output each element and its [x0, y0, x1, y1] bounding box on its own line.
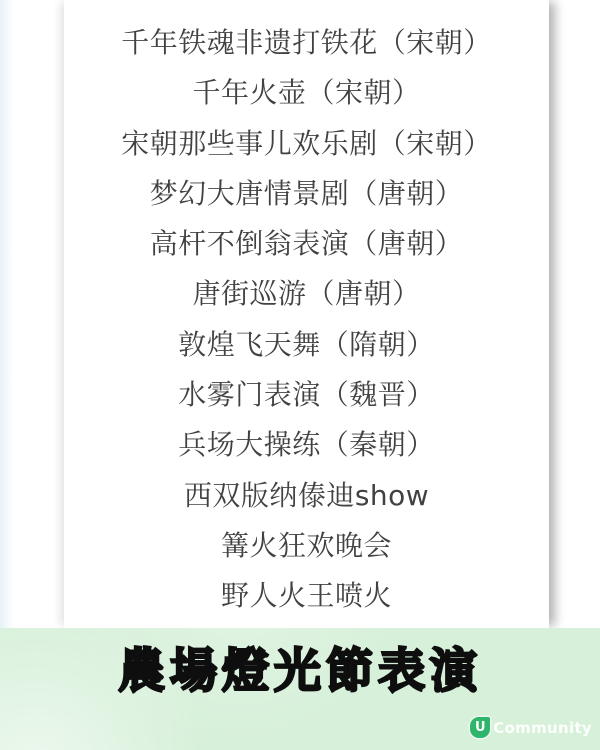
list-item: 兵场大操练（秦朝） [64, 420, 549, 470]
list-item: 敦煌飞天舞（隋朝） [64, 320, 549, 370]
list-item: 西双版纳傣迪show [64, 471, 549, 521]
footer-band: 農場燈光節表演 U Community [0, 628, 600, 750]
list-item: 唐街巡游（唐朝） [64, 269, 549, 319]
footer-title: 農場燈光節表演 [0, 634, 600, 701]
list-item: 梦幻大唐情景剧（唐朝） [64, 169, 549, 219]
list-item: 水雾门表演（魏晋） [64, 370, 549, 420]
list-item: 千年火壶（宋朝） [64, 68, 549, 118]
list-item: 篝火狂欢晚会 [64, 521, 549, 571]
list-item: 千年铁魂非遗打铁花（宋朝） [64, 18, 549, 68]
brand-logo: U Community [470, 717, 592, 738]
list-item: 高杆不倒翁表演（唐朝） [64, 219, 549, 269]
performance-list: 千年铁魂非遗打铁花（宋朝） 千年火壶（宋朝） 宋朝那些事儿欢乐剧（宋朝） 梦幻大… [64, 18, 549, 622]
list-item: 宋朝那些事儿欢乐剧（宋朝） [64, 119, 549, 169]
list-item: 野人火王喷火 [64, 571, 549, 621]
brand-label: Community [493, 719, 592, 737]
u-logo-icon: U [470, 717, 490, 738]
left-edge-tint [0, 0, 14, 628]
performance-card: 千年铁魂非遗打铁花（宋朝） 千年火壶（宋朝） 宋朝那些事儿欢乐剧（宋朝） 梦幻大… [64, 0, 549, 628]
post-image: 千年铁魂非遗打铁花（宋朝） 千年火壶（宋朝） 宋朝那些事儿欢乐剧（宋朝） 梦幻大… [0, 0, 600, 750]
